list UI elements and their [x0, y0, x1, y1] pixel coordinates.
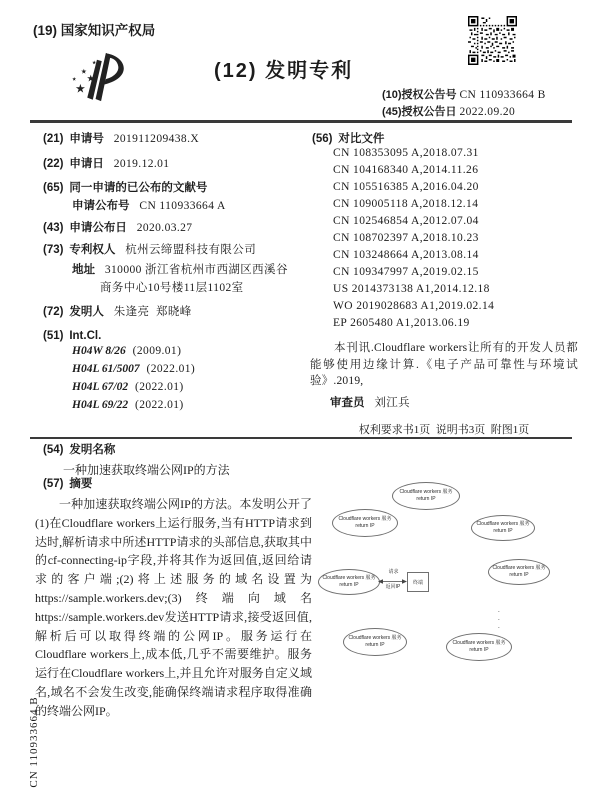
cnipa-logo: [68, 46, 130, 108]
field-value: 朱逢亮 郑晓峰: [114, 306, 192, 318]
arrow-request-label: 请求: [381, 570, 406, 575]
field-code: (54): [43, 444, 63, 456]
grant-date-label: (45)授权公告日: [382, 106, 457, 118]
citation-item: CN 102546854 A,2012.07.04: [333, 213, 494, 230]
diagram-node-cloudflare-worker: Cloudflare workers 服务 return IP: [488, 559, 550, 585]
grant-date-line: (45)授权公告日 2022.09.20: [382, 106, 515, 119]
examiner-label: 审查员: [330, 397, 365, 409]
field-label: 申请日: [69, 158, 104, 170]
citation-item: CN 109005118 A,2018.12.14: [333, 196, 494, 213]
field-label: Int.Cl.: [69, 330, 101, 342]
arrow-return-ip-label: 返回IP: [379, 585, 407, 590]
citation-item: CN 108353095 A,2018.07.31: [333, 145, 494, 162]
node-label-line2: return IP: [339, 582, 358, 590]
node-label-line2: return IP: [469, 647, 488, 655]
ipc-class: H04L 69/22: [72, 399, 128, 411]
office-code: (19): [33, 23, 57, 38]
citation-item: CN 103248664 A,2013.08.14: [333, 247, 494, 264]
ipc-version: (2022.01): [147, 363, 196, 375]
diagram-node-terminal: 终端: [407, 572, 429, 592]
ipc-entry: H04L 67/02 (2022.01): [72, 381, 184, 394]
field-label: 地址: [72, 264, 95, 276]
kind-code: (12): [214, 60, 258, 82]
field-code: (21): [43, 133, 63, 145]
ipc-version: (2009.01): [133, 345, 182, 357]
examiner-line: 审查员 刘江兵: [330, 397, 410, 410]
citation-item: EP 2605480 A1,2013.06.19: [333, 315, 494, 332]
grant-number-line: (10)授权公告号 CN 110933664 B: [382, 89, 546, 102]
citation-item: CN 104168340 A,2014.11.26: [333, 162, 494, 179]
field-code: (72): [43, 306, 63, 318]
field-inventors: (72) 发明人 朱逢亮 郑晓峰: [43, 306, 192, 319]
ipc-version: (2022.01): [135, 381, 184, 393]
field-address: 地址 310000 浙江省杭州市西湖区西溪谷: [72, 264, 288, 277]
citation-item: US 2014373138 A1,2014.12.18: [333, 281, 494, 298]
field-value: 2019.12.01: [114, 158, 170, 170]
field-publication-number: 申请公布号 CN 110933664 A: [72, 200, 226, 213]
citation-item: WO 2019028683 A1,2019.02.14: [333, 298, 494, 315]
field-value: 2020.03.27: [137, 222, 193, 234]
diagram-node-cloudflare-worker: Cloudflare workers 服务 return IP: [446, 633, 512, 661]
ipc-entry: H04L 69/22 (2022.01): [72, 399, 184, 412]
field-value: 310000 浙江省杭州市西湖区西溪谷: [105, 264, 288, 276]
field-label: 申请公布号: [72, 200, 130, 212]
office-name: 国家知识产权局: [61, 23, 156, 38]
ipc-version: (2022.01): [135, 399, 184, 411]
grant-date-value: 2022.09.20: [459, 106, 515, 118]
node-label-line1: Cloudflare workers 服务: [452, 640, 505, 648]
patent-front-page: CN 110933664 B (19) 国家知识产权局 (12) 发明专利: [0, 0, 601, 800]
field-abstract-label: (57) 摘要: [43, 478, 99, 491]
field-int-cl: (51) Int.Cl.: [43, 330, 108, 343]
field-label: 对比文件: [338, 133, 384, 145]
node-label-line2: return IP: [509, 572, 528, 580]
kind-name: 发明专利: [265, 60, 353, 82]
field-label: 发明名称: [69, 444, 115, 456]
field-label: 申请公布日: [69, 222, 127, 234]
diagram-node-cloudflare-worker: Cloudflare workers 服务 return IP: [343, 628, 407, 656]
grant-number-label: (10)授权公告号: [382, 89, 457, 101]
abstract-text: 一种加速获取终端公网IP的方法。本发明公开了(1)在Cloudflare wor…: [35, 495, 312, 721]
field-patentee: (73) 专利权人 杭州云缔盟科技有限公司: [43, 244, 256, 257]
node-label-line1: Cloudflare workers 服务: [322, 575, 375, 583]
node-label-line1: Cloudflare workers 服务: [338, 516, 391, 524]
field-value: CN 110933664 A: [139, 200, 225, 212]
terminal-label: 终端: [413, 579, 423, 586]
ipc-class: H04L 61/5007: [72, 363, 140, 375]
field-prior-publication: (65) 同一申请的已公布的文献号: [43, 182, 214, 195]
field-code: (22): [43, 158, 63, 170]
field-label: 同一申请的已公布的文献号: [69, 182, 207, 194]
field-label: 专利权人: [69, 244, 115, 256]
node-label-line1: Cloudflare workers 服务: [476, 521, 529, 529]
node-label-line1: Cloudflare workers 服务: [492, 565, 545, 573]
grant-number-value: CN 110933664 B: [459, 89, 545, 101]
field-label: 发明人: [69, 306, 104, 318]
field-invention-title-label: (54) 发明名称: [43, 444, 122, 457]
field-application-date: (22) 申请日 2019.12.01: [43, 158, 169, 171]
node-label-line2: return IP: [365, 642, 384, 650]
field-code: (51): [43, 330, 63, 342]
diagram-node-cloudflare-worker: Cloudflare workers 服务 return IP: [332, 509, 398, 537]
diagram-node-cloudflare-worker: Cloudflare workers 服务 return IP: [392, 482, 460, 510]
field-code: (57): [43, 478, 63, 490]
node-label-line1: Cloudflare workers 服务: [399, 489, 452, 497]
node-label-line2: return IP: [355, 523, 374, 531]
citation-item: CN 109347997 A,2019.02.15: [333, 264, 494, 281]
field-code: (56): [312, 133, 332, 145]
field-code: (73): [43, 244, 63, 256]
node-label-line2: return IP: [493, 528, 512, 536]
diagram-node-cloudflare-worker: Cloudflare workers 服务 return IP: [471, 515, 535, 541]
field-value: 杭州云缔盟科技有限公司: [125, 244, 256, 256]
field-code: (65): [43, 182, 63, 194]
field-application-number: (21) 申请号 201911209438.X: [43, 133, 199, 146]
citation-item: CN 108702397 A,2018.10.23: [333, 230, 494, 247]
examiner-name: 刘江兵: [374, 397, 410, 409]
document-kind-line: (12) 发明专利: [214, 54, 353, 83]
citation-list: CN 108353095 A,2018.07.31 CN 104168340 A…: [333, 145, 494, 332]
ipc-entry: H04L 61/5007 (2022.01): [72, 363, 195, 376]
pages-summary: 权利要求书1页 说明书3页 附图1页: [310, 421, 578, 437]
field-label: 摘要: [69, 478, 92, 490]
ipc-class: H04L 67/02: [72, 381, 128, 393]
qr-code: [468, 16, 517, 65]
field-publication-date: (43) 申请公布日 2020.03.27: [43, 222, 192, 235]
section-divider: [30, 437, 572, 439]
header-divider: [30, 120, 572, 123]
diagram-node-cloudflare-worker: Cloudflare workers 服务 return IP: [318, 569, 380, 595]
field-value: 商务中心10号楼11层1102室: [100, 282, 244, 294]
field-value: 201911209438.X: [114, 133, 199, 145]
node-label-line2: return IP: [416, 496, 435, 504]
node-label-line1: Cloudflare workers 服务: [348, 635, 401, 643]
invention-title: 一种加速获取终端公网IP的方法: [63, 461, 230, 478]
diagram-ellipsis: . . .: [498, 606, 501, 630]
patent-office-line: (19) 国家知识产权局: [33, 19, 155, 39]
ipc-entry: H04W 8/26 (2009.01): [72, 345, 181, 358]
citation-item: CN 105516385 A,2016.04.20: [333, 179, 494, 196]
field-code: (43): [43, 222, 63, 234]
ipc-class: H04W 8/26: [72, 345, 126, 357]
journal-citation: 本刊讯.Cloudflare workers让所有的开发人员都能够使用边缘计算.…: [310, 340, 578, 390]
field-address-line2: 商务中心10号楼11层1102室: [100, 282, 244, 295]
field-label: 申请号: [69, 133, 104, 145]
